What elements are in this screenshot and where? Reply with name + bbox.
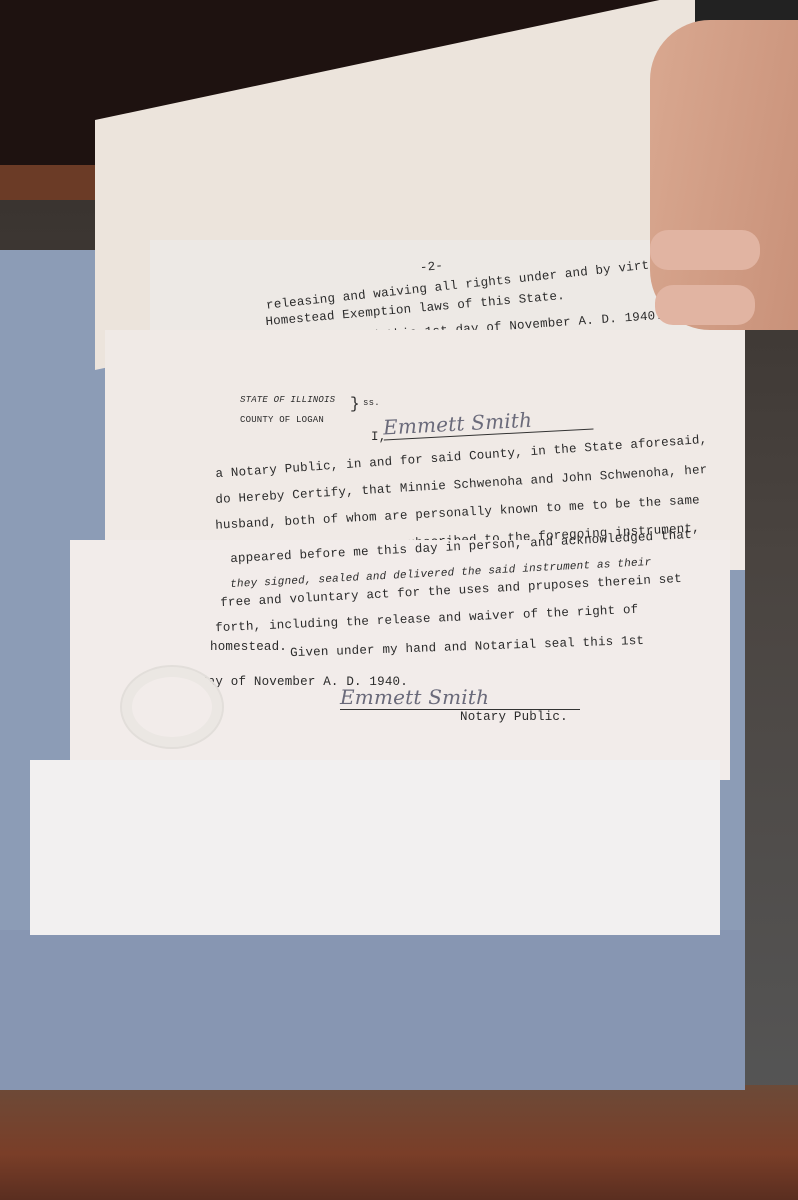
notary-signature: Emmett Smith xyxy=(382,405,593,441)
venue-county: COUNTY OF LOGAN xyxy=(240,415,324,425)
text-line: forth, including the release and waiver … xyxy=(215,603,639,635)
finger xyxy=(650,230,760,270)
venue-brace: } xyxy=(350,395,360,413)
blue-backing-sheet-bottom xyxy=(0,930,745,1090)
venue-ss: ss. xyxy=(363,398,380,408)
notary-signature-2: Emmett Smith xyxy=(340,685,580,710)
venue-state: STATE OF ILLINOIS xyxy=(240,395,335,405)
hand xyxy=(650,20,798,330)
display-case-frame xyxy=(0,1085,798,1200)
text-line: homestead. xyxy=(210,640,287,654)
page-number: -2- xyxy=(419,259,443,275)
photo-scene: ЗИ inner Menu -2- releasing and waiving … xyxy=(0,0,798,1200)
embossed-notary-seal xyxy=(120,665,224,749)
given-line: Given under my hand and Notarial seal th… xyxy=(290,634,645,660)
finger xyxy=(655,285,755,325)
notary-title: Notary Public. xyxy=(460,710,568,724)
document-panel-blank xyxy=(30,760,720,935)
